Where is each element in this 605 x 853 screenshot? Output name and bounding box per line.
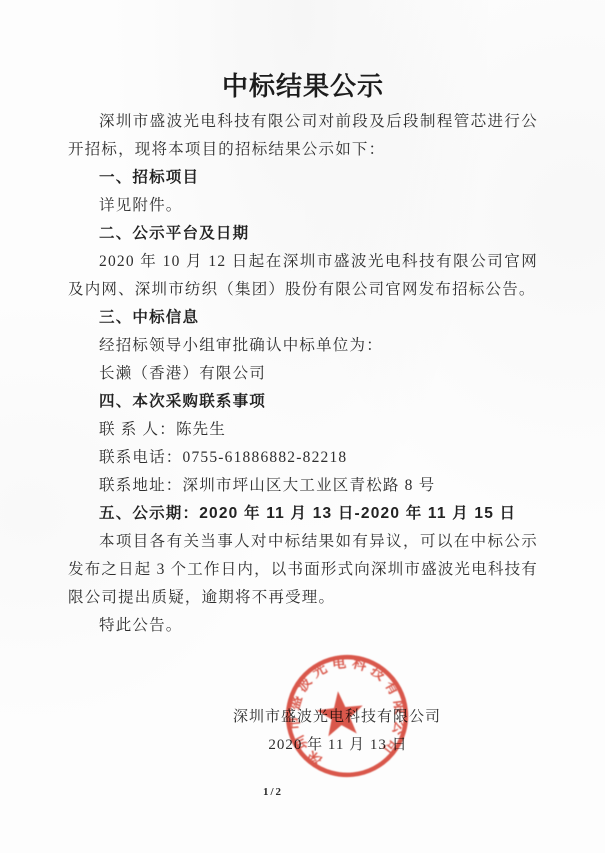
contact-phone-line: 联系电话：0755-61886882-82218: [68, 444, 538, 472]
seal-star-icon: [315, 689, 366, 738]
contact-person-line: 联 系 人：陈先生: [68, 416, 538, 444]
section-heading-2: 二、公示平台及日期: [68, 220, 538, 248]
section-2-paragraph: 2020 年 10 月 12 日起在深圳市盛波光电科技有限公司官网及内网、深圳市…: [68, 248, 538, 304]
contact-address-line: 联系地址：深圳市坪山区大工业区青松路 8 号: [68, 472, 538, 500]
company-seal: 深圳市盛波光电科技有限公司: [283, 652, 411, 780]
document-content: 中标结果公示 深圳市盛波光电科技有限公司对前段及后段制程管芯进行公开招标，现将本…: [0, 0, 605, 759]
section-3-paragraph: 经招标领导小组审批确认中标单位为：: [68, 332, 538, 360]
winning-bidder-name: 长濑（香港）有限公司: [68, 360, 538, 388]
intro-paragraph: 深圳市盛波光电科技有限公司对前段及后段制程管芯进行公开招标，现将本项目的招标结果…: [68, 108, 538, 164]
document-page: 中标结果公示 深圳市盛波光电科技有限公司对前段及后段制程管芯进行公开招标，现将本…: [0, 0, 605, 853]
closing-remark: 特此公告。: [68, 612, 538, 640]
objection-paragraph: 本项目各有关当事人对中标结果如有异议，可以在中标公示发布之日起 3 个工作日内，…: [68, 528, 538, 612]
section-heading-4: 四、本次采购联系事项: [68, 388, 538, 416]
document-title: 中标结果公示: [68, 71, 538, 101]
page-number: 1/2: [263, 786, 283, 798]
section-heading-1: 一、招标项目: [68, 164, 538, 192]
section-heading-3: 三、中标信息: [68, 304, 538, 332]
section-1-paragraph: 详见附件。: [68, 192, 538, 220]
section-heading-5: 五、公示期：2020 年 11 月 13 日-2020 年 11 月 15 日: [68, 500, 538, 528]
